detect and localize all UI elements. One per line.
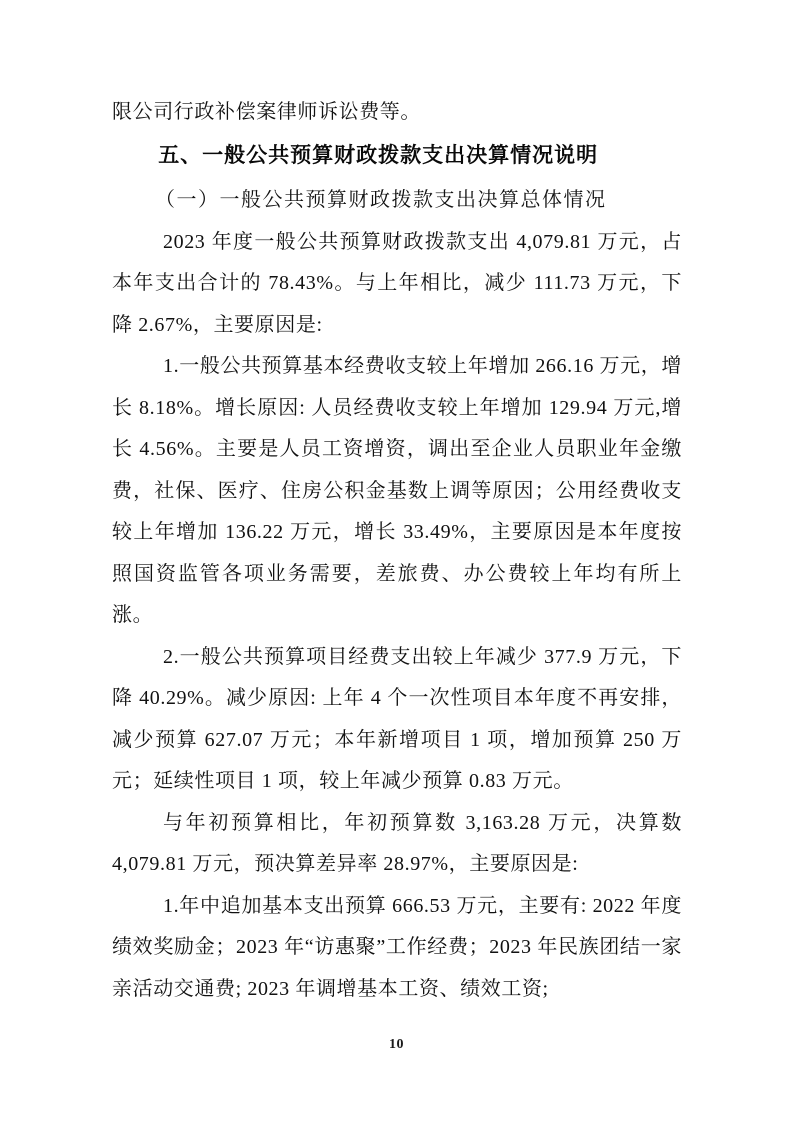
document-body: 限公司行政补偿案律师诉讼费等。 五、一般公共预算财政拨款支出决算情况说明 （一）… — [112, 92, 682, 1010]
subsection-heading: （一）一般公共预算财政拨款支出决算总体情况 — [112, 178, 682, 222]
paragraph-continuation: 限公司行政补偿案律师诉讼费等。 — [112, 92, 682, 134]
paragraph-overview: 2023 年度一般公共预算财政拨款支出 4,079.81 万元，占本年支出合计的… — [112, 222, 682, 347]
section-heading: 五、一般公共预算财政拨款支出决算情况说明 — [112, 134, 682, 178]
document-page: 限公司行政补偿案律师诉讼费等。 五、一般公共预算财政拨款支出决算情况说明 （一）… — [0, 0, 793, 1122]
paragraph-basic-expense: 1.一般公共预算基本经费收支较上年增加 266.16 万元，增长 8.18%。增… — [112, 346, 682, 637]
paragraph-project-expense: 2.一般公共预算项目经费支出较上年减少 377.9 万元，下降 40.29%。减… — [112, 637, 682, 803]
paragraph-midyear-addition: 1.年中追加基本支出预算 666.53 万元，主要有: 2022 年度绩效奖励金… — [112, 886, 682, 1011]
paragraph-budget-comparison: 与年初预算相比，年初预算数 3,163.28 万元，决算数 4,079.81 万… — [112, 803, 682, 886]
page-number: 10 — [0, 1037, 793, 1053]
